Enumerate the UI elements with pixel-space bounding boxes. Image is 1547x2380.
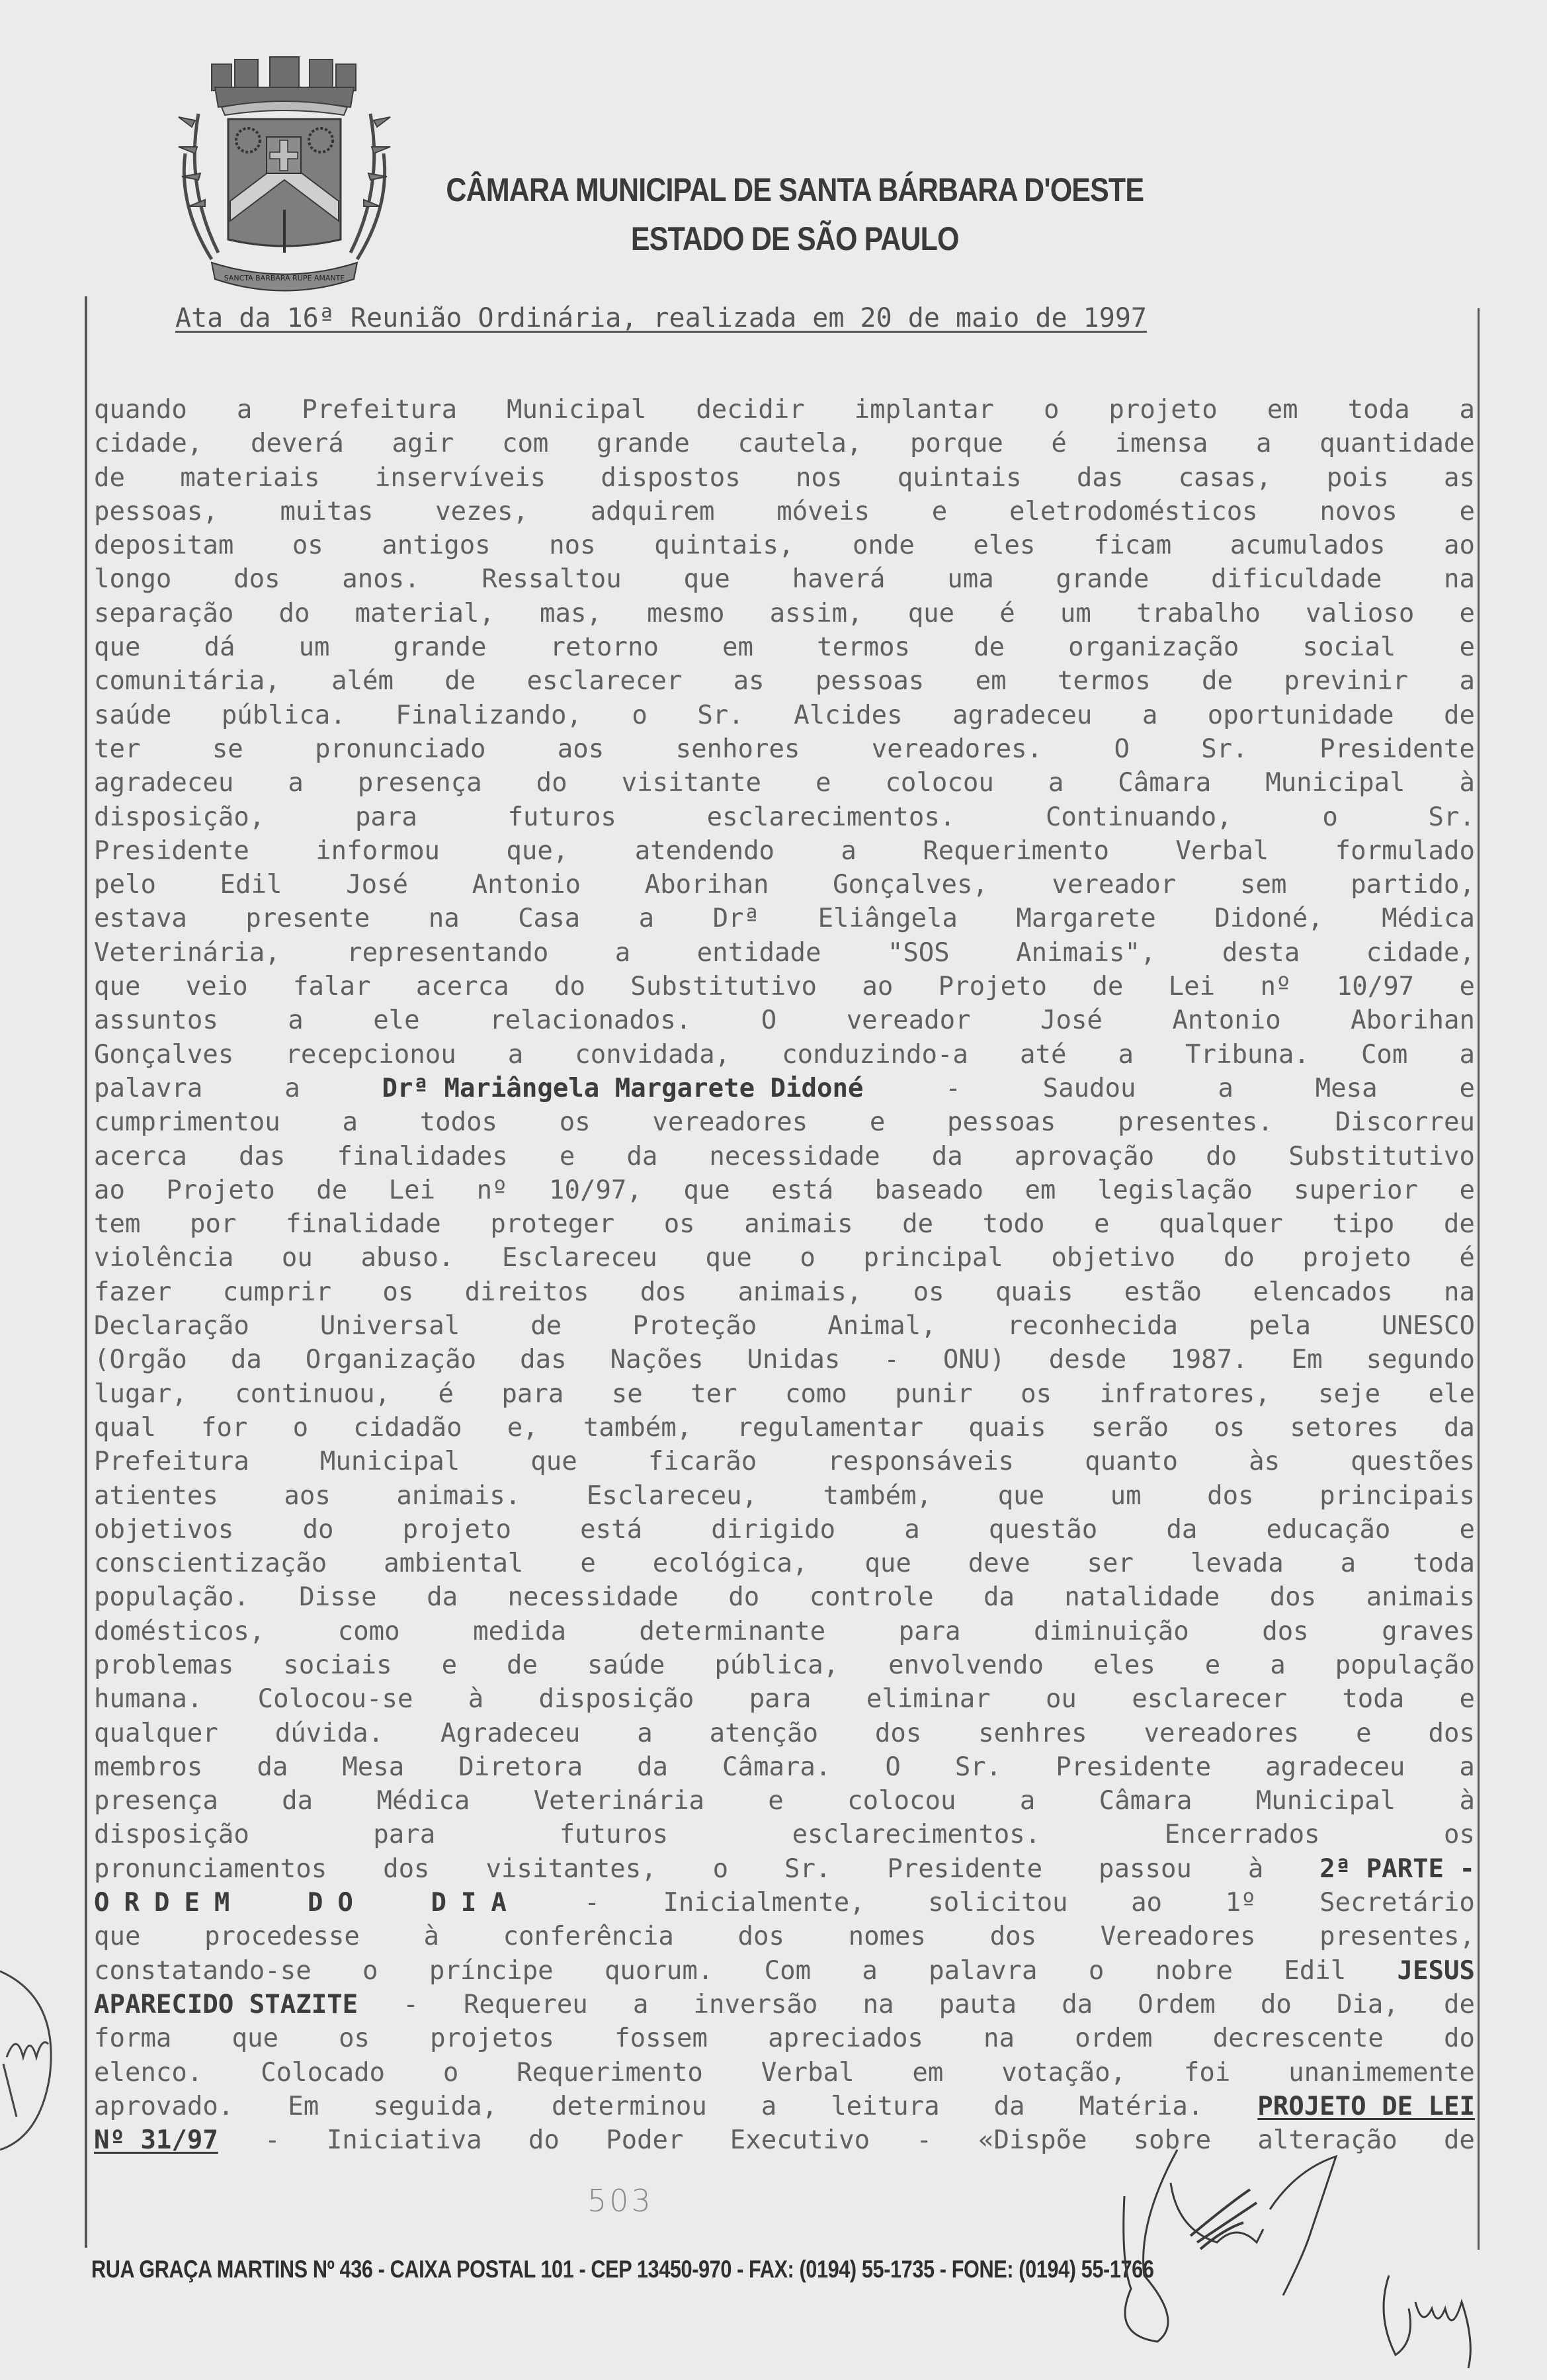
word: da [257, 1750, 288, 1784]
word: do [278, 597, 310, 630]
word: Aborihan [1351, 1003, 1475, 1037]
word: Câmara [1118, 766, 1211, 800]
word: que [94, 970, 140, 1003]
word: uma [947, 562, 993, 596]
word: 1987. [1170, 1343, 1247, 1377]
word: Tribuna. [1185, 1038, 1310, 1072]
text-line: PrefeituraMunicipalqueficarãoresponsávei… [94, 1445, 1475, 1478]
text-line: acercadasfinalidadesedanecessidadedaapro… [94, 1140, 1475, 1173]
text-line: separaçãodomaterial,mas,mesmoassim,queéu… [94, 597, 1475, 630]
word: organização [1068, 630, 1239, 664]
word: Nações [610, 1343, 704, 1377]
word: senhores [676, 732, 800, 766]
word: violência [94, 1241, 233, 1275]
word: ter [94, 732, 140, 766]
word: futuros [560, 1818, 668, 1851]
text-line: qualquerdúvida.Agradeceuaatençãodossenhr… [94, 1717, 1475, 1750]
word: além [331, 664, 394, 698]
word: Prefeitura [302, 393, 457, 427]
word: e [1459, 1072, 1474, 1105]
word: pessoas [947, 1105, 1056, 1139]
text-line: membrosdaMesaDiretoradaCâmara.OSr.Presid… [94, 1750, 1475, 1784]
word: Edil [220, 868, 282, 902]
text-line: pessoas,muitasvezes,adquiremmóveiseeletr… [94, 495, 1475, 529]
text-line: estavapresentenaCasaaDrªEliângelaMargare… [94, 902, 1475, 935]
word: principal [864, 1241, 1003, 1275]
word: - [403, 1988, 418, 2021]
word: à [1460, 1784, 1475, 1818]
word: a [1142, 699, 1157, 732]
svg-text:SANCTA BARBARA RUPE AMANTE: SANCTA BARBARA RUPE AMANTE [224, 274, 345, 282]
word: quanto [1085, 1445, 1178, 1478]
word: mesmo [647, 597, 724, 630]
word: da [626, 1140, 657, 1173]
word: objetivos [94, 1513, 233, 1547]
word: solicitou [928, 1886, 1067, 1920]
word: casas, [1179, 461, 1272, 495]
word: punir [895, 1377, 972, 1411]
word: Lei [1169, 970, 1215, 1003]
text-line: ORDEMDODIA-Inicialmente,solicitouao1ºSec… [94, 1886, 1475, 1920]
text-line: cumprimentouatodososvereadoresepessoaspr… [94, 1105, 1475, 1139]
text-line: elenco.ColocadooRequerimentoVerbalemvota… [94, 2056, 1475, 2090]
word: grande [1056, 562, 1149, 596]
word: Substitutivo [1288, 1140, 1475, 1173]
word: deverá [251, 427, 344, 460]
word: desde [1049, 1343, 1126, 1377]
word: seje [1318, 1377, 1380, 1411]
word: controle [810, 1580, 934, 1614]
word: do [1206, 1140, 1237, 1173]
word: Drª Mariângela Margarete Didoné [382, 1072, 864, 1105]
word: da [994, 2090, 1025, 2123]
word: envolvendo [888, 1648, 1044, 1682]
word: necessidade [508, 1580, 679, 1614]
word: desta [1222, 936, 1300, 970]
word: que [530, 1445, 577, 1478]
word: Gonçalves, [833, 868, 988, 902]
word: as [733, 664, 765, 698]
word: e [1459, 970, 1474, 1003]
word: e [870, 1105, 885, 1139]
word: presença [358, 766, 482, 800]
word: eliminar [866, 1682, 991, 1716]
word: veio [186, 970, 248, 1003]
word: dos [738, 1920, 784, 1953]
word: Sr. [697, 699, 743, 732]
word: «Dispõe [978, 2123, 1087, 2157]
word: previnir [1284, 664, 1408, 698]
word: do [536, 766, 567, 800]
word: quando [94, 393, 187, 427]
word: reconhecida [1007, 1309, 1178, 1343]
word: população. [94, 1580, 249, 1614]
word: decrescente [1213, 2021, 1384, 2055]
text-line: aoProjetodeLeinº10/97,queestábaseadoemle… [94, 1173, 1475, 1207]
word: Alcides [794, 699, 902, 732]
word: a [615, 936, 630, 970]
word: até [1020, 1038, 1066, 1072]
word: ele [373, 1003, 419, 1037]
text-line: Nº 31/97-IniciativadoPoderExecutivo-«Dis… [94, 2123, 1475, 2157]
word: dá [204, 630, 235, 664]
word: em [722, 630, 753, 664]
word: Disse [299, 1580, 376, 1614]
word: decidir [696, 393, 804, 427]
word: à [424, 1920, 439, 1953]
text-line: humana.Colocou-seàdisposiçãoparaeliminar… [94, 1682, 1475, 1716]
word: a [841, 834, 856, 868]
word: ao [1444, 529, 1475, 562]
word: forma [94, 2021, 171, 2055]
word: presentes, [1319, 1920, 1475, 1953]
word: inversão [694, 1988, 818, 2021]
word: Municipal [1265, 766, 1405, 800]
word: a [288, 766, 303, 800]
word: está [580, 1513, 642, 1547]
text-line: presençadaMédicaVeterináriaecolocouaCâma… [94, 1784, 1475, 1818]
word: é [1051, 427, 1066, 460]
word: o [1044, 393, 1059, 427]
word: superior [1294, 1173, 1418, 1207]
word: de [316, 1173, 347, 1207]
word: Sr. [1429, 800, 1475, 834]
word: 10/97 [1337, 970, 1414, 1003]
page-number: 503 [587, 2183, 653, 2219]
word: Continuando, [1046, 800, 1232, 834]
word: recepcionou [285, 1038, 456, 1072]
word: Lei [389, 1173, 435, 1207]
word: na [1444, 562, 1475, 596]
word: "SOS [888, 936, 950, 970]
word: serão [1091, 1411, 1169, 1445]
word: animais [1366, 1580, 1475, 1614]
text-line: (OrgãodaOrganizaçãodasNaçõesUnidas-ONU)d… [94, 1343, 1475, 1377]
word: social [1302, 630, 1396, 664]
word: 10/97, [549, 1173, 642, 1207]
word: Projeto [939, 970, 1047, 1003]
word: APARECIDO STAZITE [94, 1988, 358, 2021]
word: acerca [416, 970, 509, 1003]
word: que [998, 1479, 1044, 1513]
word: a [1460, 393, 1475, 427]
text-line: quandoaPrefeituraMunicipaldecidirimplant… [94, 393, 1475, 427]
word: grande [597, 427, 690, 460]
word: para [501, 1377, 564, 1411]
word: vereador [847, 1003, 971, 1037]
word: Antonio [1172, 1003, 1280, 1037]
word: lugar, [94, 1377, 187, 1411]
minutes-title: Ata da 16ª Reunião Ordinária, realizada … [175, 303, 1147, 333]
word: pública. [222, 699, 346, 732]
word: Veterinária, [94, 936, 280, 970]
word: sem [1240, 868, 1286, 902]
word: partido, [1351, 868, 1475, 902]
text-line: problemassociaisedesaúdepública,envolven… [94, 1648, 1475, 1682]
word: do [554, 970, 585, 1003]
word: implantar [855, 393, 994, 427]
word: dos [990, 1920, 1036, 1953]
word: convidada, [575, 1038, 730, 1072]
word: senhres [978, 1717, 1087, 1750]
word: de [902, 1207, 933, 1241]
word: o [1089, 1954, 1104, 1988]
word: ecológica, [653, 1547, 808, 1580]
word: Nº 31/97 [94, 2123, 218, 2157]
word: a [761, 2090, 776, 2123]
word: que [94, 630, 140, 664]
word: o [362, 1954, 378, 1988]
word: assuntos [94, 1003, 218, 1037]
word: finalidades [337, 1140, 507, 1173]
municipal-crest-icon: SANCTA BARBARA RUPE AMANTE [159, 41, 410, 306]
word: determinante [639, 1615, 825, 1648]
word: acumulados [1230, 529, 1386, 562]
word: esclarecer [1132, 1682, 1287, 1716]
word: em [1024, 1173, 1056, 1207]
word: toda [1342, 1682, 1404, 1716]
word: estava [94, 902, 187, 935]
word: Ressaltou [481, 562, 621, 596]
text-line: disposiçãoparafuturosesclarecimentos.Enc… [94, 1818, 1475, 1851]
word: 1º [1226, 1886, 1257, 1920]
word: todos [420, 1105, 497, 1139]
word: se [212, 732, 243, 766]
word: da [637, 1750, 668, 1784]
word: principais [1319, 1479, 1475, 1513]
text-line: Veterinária,representandoaentidade"SOSAn… [94, 936, 1475, 970]
word: vereadores. [872, 732, 1042, 766]
word: da [282, 1784, 313, 1818]
word: abuso. [360, 1241, 454, 1275]
text-line: palavraaDrª Mariângela Margarete Didoné-… [94, 1072, 1475, 1105]
word: cautela, [738, 427, 862, 460]
word: pública, [714, 1648, 839, 1682]
word: dos [233, 562, 280, 596]
word: Unidas [747, 1343, 840, 1377]
word: material, [355, 597, 495, 630]
word: 2ª PARTE - [1319, 1852, 1475, 1886]
word: os [1444, 1818, 1475, 1851]
word: formulado [1335, 834, 1475, 868]
word: a [1118, 1038, 1134, 1072]
word: o [1322, 800, 1337, 834]
word: - [884, 1343, 899, 1377]
word: de [507, 1648, 538, 1682]
word: quintais [898, 461, 1022, 495]
word: falar [293, 970, 370, 1003]
word: O [761, 1003, 776, 1037]
word: - [945, 1072, 960, 1105]
word: a [862, 1954, 877, 1988]
word: trabalho [1136, 597, 1261, 630]
word: Municipal [1256, 1784, 1396, 1818]
word: levada [1191, 1547, 1284, 1580]
word: e [815, 766, 831, 800]
word: na [863, 1988, 894, 2021]
word: o [713, 1852, 728, 1886]
left-margin-rule [85, 296, 87, 2248]
word: também, [823, 1479, 932, 1513]
word: da [1166, 1513, 1197, 1547]
word: porque [910, 427, 1003, 460]
word: a [1459, 1038, 1474, 1072]
word: antigos [382, 529, 490, 562]
text-line: lugar,continuou,éparasetercomopunirosinf… [94, 1377, 1475, 1411]
word: atientes [94, 1479, 218, 1513]
word: continuou, [235, 1377, 390, 1411]
word: esclarecer [527, 664, 683, 698]
word: futuros [508, 800, 616, 834]
word: separação [94, 597, 233, 630]
word: Presidente [1056, 1750, 1211, 1784]
word: de [530, 1309, 562, 1343]
word: um [1110, 1479, 1142, 1513]
word: conferência [503, 1920, 674, 1953]
word: - [584, 1886, 599, 1920]
word: Proteção [632, 1309, 757, 1343]
word: passou [1099, 1852, 1192, 1886]
word: presença [94, 1784, 218, 1818]
word: aos [558, 732, 604, 766]
word: questão [989, 1513, 1097, 1547]
word: Gonçalves [94, 1038, 233, 1072]
word: Presidente [94, 834, 249, 868]
word: das [1077, 461, 1123, 495]
word: nobre [1155, 1954, 1233, 1988]
word: pronunciado [315, 732, 485, 766]
word: termos [1058, 664, 1151, 698]
word: na [429, 902, 460, 935]
text-line: tersepronunciadoaossenhoresvereadores.OS… [94, 732, 1475, 766]
word: quais [968, 1411, 1046, 1445]
word: atenção [710, 1717, 818, 1750]
word: Matéria. [1079, 2090, 1203, 2123]
text-line: DeclaraçãoUniversaldeProteçãoAnimal,reco… [94, 1309, 1475, 1343]
word: esclarecimentos. [792, 1818, 1041, 1851]
word: as [1444, 461, 1475, 495]
word: Animal, [827, 1309, 936, 1343]
word: por [190, 1207, 236, 1241]
word: do [302, 1513, 333, 1547]
word: constatando-se [94, 1954, 312, 1988]
word: às [1249, 1445, 1280, 1478]
word: que [683, 1173, 730, 1207]
text-line: APARECIDO STAZITE-Requereuainversãonapau… [94, 1988, 1475, 2021]
word: Secretário [1319, 1886, 1475, 1920]
word: dos [383, 1852, 429, 1886]
word: mas, [540, 597, 602, 630]
text-line: cidade,deveráagircomgrandecautela,porque… [94, 427, 1475, 460]
word: Universal [320, 1309, 460, 1343]
word: que [908, 597, 954, 630]
word: agradeceu [1265, 1750, 1405, 1784]
word: Casa [518, 902, 580, 935]
word: Saudou [1043, 1072, 1136, 1105]
word: da [1444, 1411, 1475, 1445]
word: e [1460, 597, 1475, 630]
word: Margarete [1016, 902, 1155, 935]
word: Executivo [730, 2123, 870, 2157]
word: longo [94, 562, 171, 596]
word: Colocou-se [258, 1682, 413, 1716]
word: humana. [94, 1682, 202, 1716]
text-line: comunitária,alémdeesclareceraspessoasemt… [94, 664, 1475, 698]
word: deve [968, 1547, 1030, 1580]
word: dispostos [601, 461, 740, 495]
word: membros [94, 1750, 202, 1784]
word: Ordem [1138, 1988, 1215, 2021]
word: Projeto [166, 1173, 274, 1207]
word: dos [1207, 1479, 1253, 1513]
word: acerca [94, 1140, 187, 1173]
word: ao [94, 1173, 125, 1207]
word: animais, [738, 1275, 862, 1309]
word: Dia, [1337, 1988, 1399, 2021]
text-line: disposição,parafuturosesclarecimentos.Co… [94, 800, 1475, 834]
word: saúde [94, 699, 171, 732]
word: onde [853, 529, 915, 562]
word: muitas [280, 495, 374, 529]
word: comunitária, [94, 664, 280, 698]
word: medida [473, 1615, 566, 1648]
word: da [932, 1140, 963, 1173]
word: Com [765, 1954, 811, 1988]
text-line: peloEdilJoséAntonioAborihanGonçalves,ver… [94, 868, 1475, 902]
word: de [1444, 2123, 1475, 2157]
word: ONU) [943, 1343, 1005, 1377]
word: valioso [1306, 597, 1414, 630]
word: Requereu [464, 1988, 588, 2021]
word: vezes, [435, 495, 528, 529]
word: eles [973, 529, 1035, 562]
word: presente [245, 902, 370, 935]
word: Em [288, 2090, 319, 2123]
word: a [1256, 427, 1271, 460]
word: Mesa [1316, 1072, 1378, 1105]
word: Sr. [784, 1852, 831, 1886]
word: cumprimentou [94, 1105, 280, 1139]
word: objetivo [1051, 1241, 1175, 1275]
text-line: formaqueosprojetosfossemapreciadosnaorde… [94, 2021, 1475, 2055]
word: apreciados [768, 2021, 923, 2055]
word: a [639, 902, 654, 935]
word: nº [477, 1173, 508, 1207]
word: e [1459, 1682, 1474, 1716]
word: ficarão [648, 1445, 757, 1478]
word: e [1356, 1717, 1371, 1750]
text-line: aprovado.Emseguida,determinoualeituradaM… [94, 2090, 1475, 2123]
word: cumprir [223, 1275, 331, 1309]
margin-signature-icon [0, 1958, 73, 2156]
word: disposição, [94, 800, 265, 834]
word: DIA [431, 1886, 521, 1920]
word: elencados [1253, 1275, 1392, 1309]
word: das [520, 1343, 566, 1377]
word: Aborihan [645, 868, 769, 902]
word: a [342, 1105, 357, 1139]
word: conscientização [94, 1547, 327, 1580]
word: Poder [606, 2123, 683, 2157]
word: Diretora [458, 1750, 583, 1784]
footer-address: RUA GRAÇA MARTINS Nº 436 - CAIXA POSTAL … [91, 2256, 1153, 2283]
word: e, [507, 1411, 538, 1445]
word: a [1048, 766, 1064, 800]
word: nomes [849, 1920, 926, 1953]
word: O [1114, 732, 1129, 766]
word: da [231, 1343, 262, 1377]
text-line: queveiofalaracercadoSubstitutivoaoProjet… [94, 970, 1475, 1003]
